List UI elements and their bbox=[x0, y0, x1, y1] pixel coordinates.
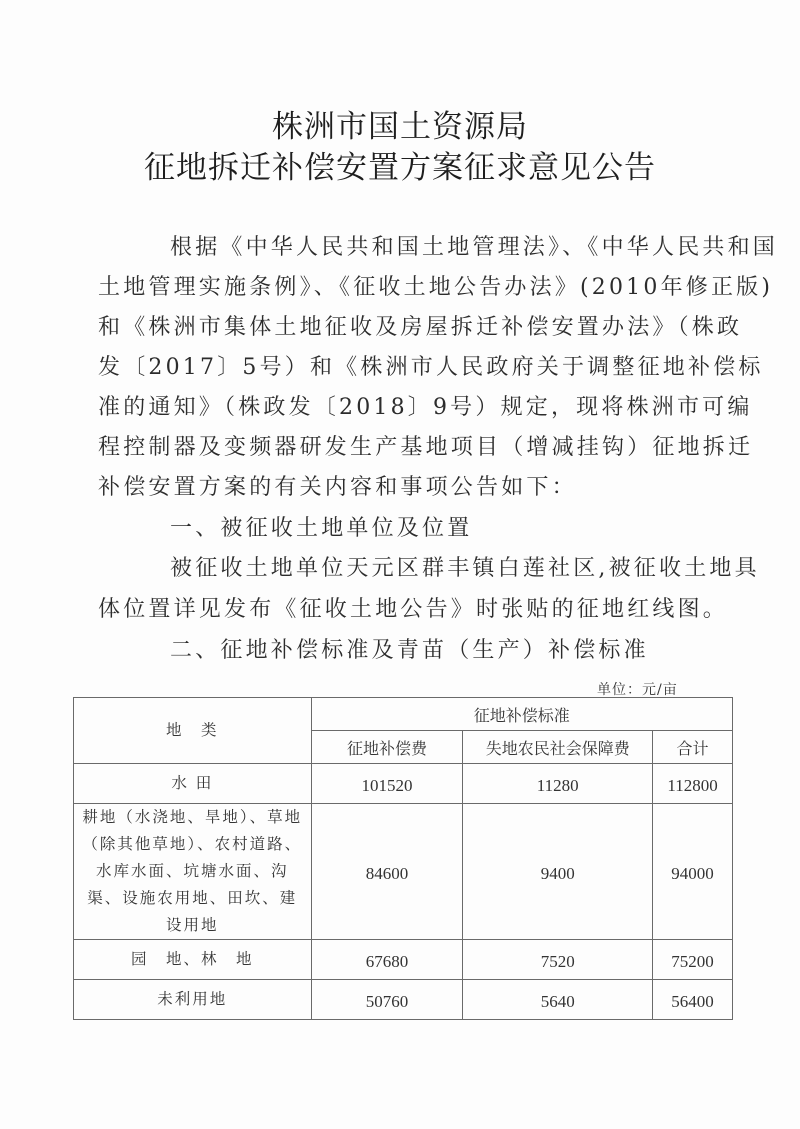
paragraph-line: 根据《中华人民共和国土地管理法》、《中华人民共和国 bbox=[170, 230, 790, 261]
row-category: 耕地（水浇地、旱地）、草地（除其他草地）、农村道路、水库水面、坑塘水面、沟渠、设… bbox=[74, 804, 312, 940]
table-row: 园 地、林 地 67680 7520 75200 bbox=[74, 940, 733, 980]
cell-total: 94000 bbox=[653, 804, 733, 940]
paragraph-line: 被征收土地单位天元区群丰镇白莲社区,被征收土地具 bbox=[170, 551, 790, 582]
document-title-notice: 征地拆迁补偿安置方案征求意见公告 bbox=[0, 142, 800, 187]
cell-social-security-fee: 11280 bbox=[463, 764, 653, 804]
cell-land-compensation-fee: 84600 bbox=[311, 804, 463, 940]
cell-social-security-fee: 5640 bbox=[463, 980, 653, 1020]
header-land-category: 地 类 bbox=[74, 698, 312, 764]
header-total: 合计 bbox=[653, 731, 733, 764]
table-row: 水 田 101520 11280 112800 bbox=[74, 764, 733, 804]
header-social-security-fee: 失地农民社会保障费 bbox=[463, 731, 653, 764]
row-category: 未利用地 bbox=[74, 980, 312, 1020]
cell-total: 75200 bbox=[653, 940, 733, 980]
paragraph-line: 准的通知》（株政发〔2018〕9号）规定，现将株洲市可编 bbox=[98, 390, 718, 421]
document-title-agency: 株洲市国土资源局 bbox=[0, 101, 800, 146]
paragraph-line: 程控制器及变频器研发生产基地项目（增减挂钩）征地拆迁 bbox=[98, 430, 718, 461]
cell-land-compensation-fee: 67680 bbox=[311, 940, 463, 980]
paragraph-line: 补偿安置方案的有关内容和事项公告如下： bbox=[98, 470, 718, 501]
cell-social-security-fee: 7520 bbox=[463, 940, 653, 980]
cell-social-security-fee: 9400 bbox=[463, 804, 653, 940]
table-unit-label: 单位：元/亩 bbox=[597, 679, 678, 699]
cell-land-compensation-fee: 101520 bbox=[311, 764, 463, 804]
table-row: 未利用地 50760 5640 56400 bbox=[74, 980, 733, 1020]
header-compensation-standard: 征地补偿标准 bbox=[311, 698, 732, 731]
paragraph-line: 土地管理实施条例》、《征收土地公告办法》(2010年修正版) bbox=[98, 270, 718, 301]
cell-total: 56400 bbox=[653, 980, 733, 1020]
paragraph-line: 和《株洲市集体土地征收及房屋拆迁补偿安置办法》（株政 bbox=[98, 310, 718, 341]
cell-total: 112800 bbox=[653, 764, 733, 804]
compensation-table: 地 类 征地补偿标准 征地补偿费 失地农民社会保障费 合计 水 田 101520… bbox=[73, 697, 733, 1020]
row-category: 水 田 bbox=[74, 764, 312, 804]
row-category: 园 地、林 地 bbox=[74, 940, 312, 980]
table-row: 耕地（水浇地、旱地）、草地（除其他草地）、农村道路、水库水面、坑塘水面、沟渠、设… bbox=[74, 804, 733, 940]
paragraph-line: 体位置详见发布《征收土地公告》时张贴的征地红线图。 bbox=[98, 592, 718, 623]
paragraph-line: 发〔2017〕5号）和《株洲市人民政府关于调整征地补偿标 bbox=[98, 350, 718, 381]
header-land-compensation-fee: 征地补偿费 bbox=[311, 731, 463, 764]
section-heading-land-units: 一、被征收土地单位及位置 bbox=[170, 511, 790, 542]
cell-land-compensation-fee: 50760 bbox=[311, 980, 463, 1020]
section-heading-compensation: 二、征地补偿标准及青苗（生产）补偿标准 bbox=[170, 633, 790, 664]
